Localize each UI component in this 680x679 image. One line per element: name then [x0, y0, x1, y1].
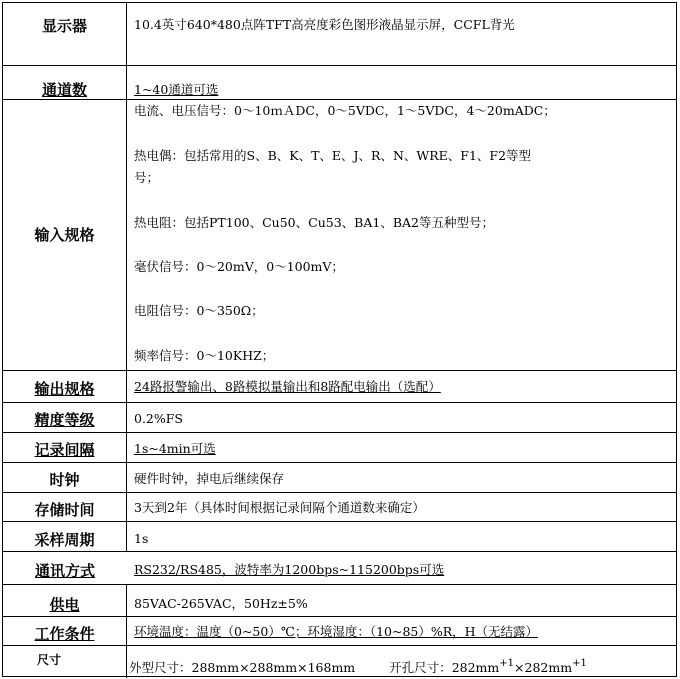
table-row-record-interval: 记录间隔 1s~4min可选	[3, 433, 676, 463]
row-label: 精度等级	[3, 403, 127, 432]
outer-size-value: 288mm×288mm×168mm	[192, 660, 356, 675]
table-row-accuracy: 精度等级 0.2%FS	[3, 403, 676, 433]
table-row-sampling-period: 采样周期 1s	[3, 522, 676, 552]
row-value: 24路报警输出、8路模拟量输出和8路配电输出（选配）	[134, 371, 672, 402]
row-value: 3天到2年（具体时间根据记录间隔个通道数来确定）	[134, 493, 672, 521]
input-line-frequency: 频率信号：0～10KHZ；	[134, 348, 274, 364]
row-value: 硬件时钟，掉电后继续保存	[134, 463, 672, 492]
row-value: 1s	[134, 522, 672, 551]
row-label: 输入规格	[3, 100, 127, 370]
row-label: 通讯方式	[3, 552, 127, 584]
times-sign: ×	[514, 660, 524, 675]
table-row-communication: 通讯方式 RS232/RS485，波特率为1200bps~115200bps可选	[3, 552, 676, 585]
row-value: 1~40通道可选	[134, 66, 672, 99]
input-line-millivolt: 毫伏信号：0～20mV，0～100mV；	[134, 259, 344, 275]
row-label: 通道数	[3, 66, 127, 99]
row-label: 时钟	[3, 463, 127, 492]
row-label: 尺寸	[3, 646, 127, 678]
row-value: 1s~4min可选	[134, 433, 672, 462]
row-label: 输出规格	[3, 371, 127, 402]
row-label: 记录间隔	[3, 433, 127, 462]
table-row-channels: 通道数 1~40通道可选	[3, 66, 676, 100]
cutout-size-label: 开孔尺寸：	[389, 660, 452, 675]
table-row-power: 供电 85VAC-265VAC，50Hz±5%	[3, 585, 676, 617]
row-value: RS232/RS485，波特率为1200bps~115200bps可选	[134, 552, 672, 584]
input-line-current-voltage: 电流、电压信号：0～10ｍＡDC，0～5ⅤDC，1～5ⅤDC，4～20mADC；	[134, 103, 556, 119]
cutout-height-tolerance: +1	[572, 658, 587, 669]
cutout-width-tolerance: +1	[499, 658, 514, 669]
table-row-display: 显示器 10.4英寸640*480点阵TFT高亮度彩色图形液晶显示屏，CCFL背…	[3, 3, 676, 66]
row-label: 工作条件	[3, 617, 127, 645]
input-line-thermocouple-cont: 号；	[134, 170, 159, 186]
cutout-height: 282mm	[525, 660, 573, 675]
outer-size-label: 外型尺寸：	[129, 660, 192, 675]
row-value: 外型尺寸：288mm×288mm×168mm开孔尺寸：282mm+1×282mm…	[129, 646, 672, 678]
table-row-clock: 时钟 硬件时钟，掉电后继续保存	[3, 463, 676, 493]
row-label: 供电	[3, 585, 127, 616]
dimensions-line: 外型尺寸：288mm×288mm×168mm开孔尺寸：282mm+1×282mm…	[129, 660, 587, 676]
input-line-thermocouple: 热电偶：包括常用的S、B、K、T、E、J、R、N、WRE、F1、F2等型	[134, 148, 531, 164]
spec-table: 显示器 10.4英寸640*480点阵TFT高亮度彩色图形液晶显示屏，CCFL背…	[2, 2, 677, 677]
cutout-width: 282mm	[452, 660, 500, 675]
table-row-output-spec: 输出规格 24路报警输出、8路模拟量输出和8路配电输出（选配）	[3, 371, 676, 403]
row-value: 电流、电压信号：0～10ｍＡDC，0～5ⅤDC，1～5ⅤDC，4～20mADC；…	[134, 100, 672, 370]
row-value: 环境温度：温度（0~50）℃；环境湿度：（10~85）%R，H（无结露）	[134, 617, 672, 645]
table-row-storage-time: 存储时间 3天到2年（具体时间根据记录间隔个通道数来确定）	[3, 493, 676, 522]
row-value: 0.2%FS	[134, 403, 672, 432]
input-line-rtd: 热电阻：包括PT100、Cu50、Cu53、BA1、BA2等五种型号；	[134, 215, 494, 231]
table-row-input-spec: 输入规格 电流、电压信号：0～10ｍＡDC，0～5ⅤDC，1～5ⅤDC，4～20…	[3, 100, 676, 371]
row-label: 采样周期	[3, 522, 127, 551]
input-line-resistance: 电阻信号：0～350Ω；	[134, 303, 264, 319]
row-label: 显示器	[3, 3, 127, 65]
table-row-dimensions: 尺寸 外型尺寸：288mm×288mm×168mm开孔尺寸：282mm+1×28…	[3, 646, 676, 678]
table-row-operating-conditions: 工作条件 环境温度：温度（0~50）℃；环境湿度：（10~85）%R，H（无结露…	[3, 617, 676, 646]
row-value: 10.4英寸640*480点阵TFT高亮度彩色图形液晶显示屏，CCFL背光	[134, 3, 672, 65]
row-label: 存储时间	[3, 493, 127, 521]
row-value: 85VAC-265VAC，50Hz±5%	[134, 585, 672, 616]
